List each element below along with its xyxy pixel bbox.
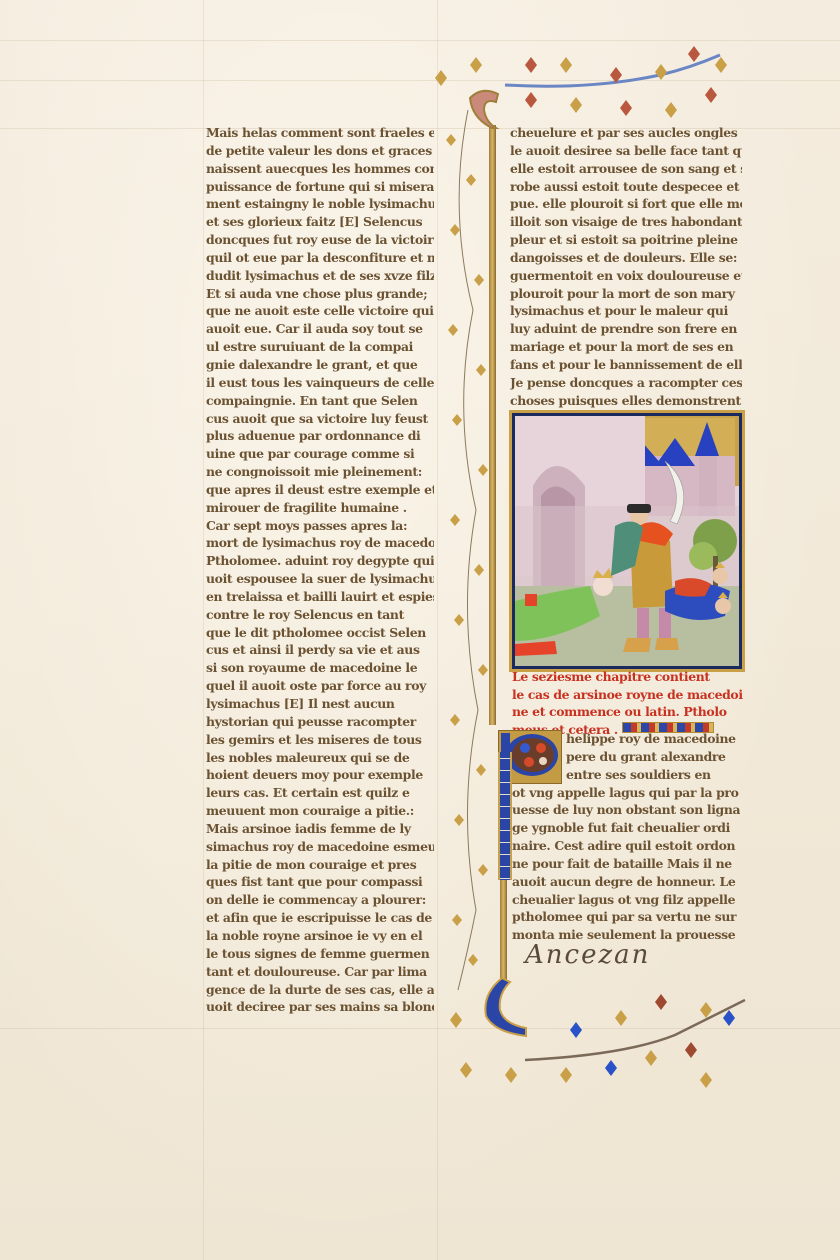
text-line: pere du grant alexandre: [512, 748, 740, 766]
text-line: naissent auecques les hommes contre la: [206, 160, 434, 178]
text-line: lysimachus [E] Il nest aucun: [206, 695, 434, 713]
text-line: tant et douloureuse. Car par lima: [206, 963, 434, 981]
text-line: helippe roy de macedoine: [512, 730, 740, 748]
manuscript-page: Mais helas comment sont fraeles et de pe…: [0, 0, 840, 1260]
text-line: Je pense doncques a racompter ces: [510, 374, 742, 392]
left-text-column: Mais helas comment sont fraeles et de pe…: [206, 124, 434, 1016]
text-line: dangoisses et de douleurs. Elle se:: [510, 249, 742, 267]
text-line: contre le roy Selencus en tant: [206, 606, 434, 624]
ruling-line: [0, 40, 840, 41]
text-line: naire. Cest adire quil estoit ordon: [512, 837, 740, 855]
rubric-line: le cas de arsinoe royne de macedoi: [512, 686, 740, 704]
text-line: en trelaissa et bailli lauirt et espies: [206, 588, 434, 606]
text-line: mariage et pour la mort de ses en: [510, 338, 742, 356]
rubric-line: Le seziesme chapitre contient: [512, 668, 740, 686]
text-line: entre ses souldiers en: [512, 766, 740, 784]
miniature-painting: [512, 413, 742, 669]
text-line: Et si auda vne chose plus grande;: [206, 285, 434, 303]
text-line: ques fist tant que pour compassi: [206, 873, 434, 891]
text-line: les gemirs et les miseres de tous: [206, 731, 434, 749]
text-line: fans et pour le bannissement de elle: [510, 356, 742, 374]
text-line: plus aduenue par ordonnance di: [206, 427, 434, 445]
blue-border-bar: [498, 752, 512, 880]
text-line: il eust tous les vainqueurs de celle: [206, 374, 434, 392]
text-line: ot vng appelle lagus qui par la pro: [512, 784, 740, 802]
gold-border-bar: [500, 880, 507, 980]
text-line: la noble royne arsinoe ie vy en el: [206, 927, 434, 945]
text-line: ul estre suruiuant de la compai: [206, 338, 434, 356]
text-line: on delle ie commencay a plourer:: [206, 891, 434, 909]
chapter-rubric: Le seziesme chapitre contient le cas de …: [512, 668, 740, 738]
text-line: gence de la durte de ses cas, elle a: [206, 981, 434, 999]
text-line: pue. elle plouroit si fort que elle mou: [510, 195, 742, 213]
text-line: illoit son visaige de tres habondant: [510, 213, 742, 231]
text-line: ne congnoissoit mie pleinement:: [206, 463, 434, 481]
text-line: que apres il deust estre exemple et: [206, 481, 434, 499]
text-line: pleur et si estoit sa poitrine pleine: [510, 231, 742, 249]
text-line: hoient deuers moy pour exemple: [206, 766, 434, 784]
text-line: la pitie de mon couraige et pres: [206, 856, 434, 874]
text-line: lysimachus et pour le maleur qui: [510, 302, 742, 320]
text-line: quel il auoit oste par force au roy: [206, 677, 434, 695]
text-line: Mais arsinoe iadis femme de ly: [206, 820, 434, 838]
text-line: Mais helas comment sont fraeles et: [206, 124, 434, 142]
text-line: cheualier lagus ot vng filz appelle: [512, 891, 740, 909]
text-line: les nobles maleureux qui se de: [206, 749, 434, 767]
text-line: ne pour fait de bataille Mais il ne: [512, 855, 740, 873]
text-line: que le dit ptholomee occist Selen: [206, 624, 434, 642]
text-line: auoit aucun degre de honneur. Le: [512, 873, 740, 891]
text-line: cus et ainsi il perdy sa vie et aus: [206, 641, 434, 659]
text-line: auoit eue. Car il auda soy tout se: [206, 320, 434, 338]
owner-signature: Ancezan: [525, 940, 650, 970]
side-vine-ornament-icon: [438, 110, 498, 990]
text-line: ptholomee qui par sa vertu ne sur: [512, 908, 740, 926]
text-line: et afin que ie escripuisse le cas de: [206, 909, 434, 927]
text-line: leurs cas. Et certain est quilz e: [206, 784, 434, 802]
text-line: compaingnie. En tant que Selen: [206, 392, 434, 410]
bottom-vine-ornament-icon: [445, 980, 745, 1090]
text-line: luy aduint de prendre son frere en: [510, 320, 742, 338]
text-line: robe aussi estoit toute despecee et rom: [510, 178, 742, 196]
text-line: cus auoit que sa victoire luy feust: [206, 410, 434, 428]
text-line: Ptholomee. aduint roy degypte qui a: [206, 552, 434, 570]
text-line: uoit deciree par ses mains sa blonde: [206, 998, 434, 1016]
text-line: meuuent mon couraige a pitie.:: [206, 802, 434, 820]
text-line: simachus roy de macedoine esmeut: [206, 838, 434, 856]
miniature-scene-icon: [515, 416, 739, 666]
text-line: Car sept moys passes apres la:: [206, 517, 434, 535]
text-line: doncques fut roy euse de la victoire:: [206, 231, 434, 249]
ruling-line: [203, 0, 204, 1260]
text-line: le auoit desiree sa belle face tant que:: [510, 142, 742, 160]
text-line: ment estaingny le noble lysimachus: [206, 195, 434, 213]
text-line: mort de lysimachus roy de macedoine: [206, 534, 434, 552]
text-line: plouroit pour la mort de son mary: [510, 285, 742, 303]
text-line: dudit lysimachus et de ses xvze filz: [206, 267, 434, 285]
text-line: elle estoit arrousee de son sang et sa: [510, 160, 742, 178]
text-line: uesse de luy non obstant son lignai: [512, 801, 740, 819]
right-text-column-top: cheuelure et par ses aucles ongles el le…: [510, 124, 742, 445]
rubric-line: ne et commence ou latin. Ptholo: [512, 703, 740, 721]
text-line: gnie dalexandre le grant, et que: [206, 356, 434, 374]
text-line: mirouer de fragilite humaine .: [206, 499, 434, 517]
text-line: choses puisques elles demonstrent: [510, 392, 742, 410]
text-line: uoit espousee la suer de lysimachus: [206, 570, 434, 588]
text-line: le tous signes de femme guermen: [206, 945, 434, 963]
text-line: puissance de fortune qui si miserable: [206, 178, 434, 196]
text-line: si son royaume de macedoine le: [206, 659, 434, 677]
text-line: hystorian qui peusse racompter: [206, 713, 434, 731]
text-line: de petite valeur les dons et graces qui: [206, 142, 434, 160]
text-line: guermentoit en voix douloureuse et:: [510, 267, 742, 285]
text-line: que ne auoit este celle victoire quil: [206, 302, 434, 320]
right-text-column-bottom: helippe roy de macedoine pere du grant a…: [512, 730, 740, 944]
text-line: et ses glorieux faitz [E] Selencus: [206, 213, 434, 231]
text-line: ge ygnoble fut fait cheualier ordi: [512, 819, 740, 837]
text-line: uine que par courage comme si: [206, 445, 434, 463]
text-line: quil ot eue par la desconfiture et mort: [206, 249, 434, 267]
